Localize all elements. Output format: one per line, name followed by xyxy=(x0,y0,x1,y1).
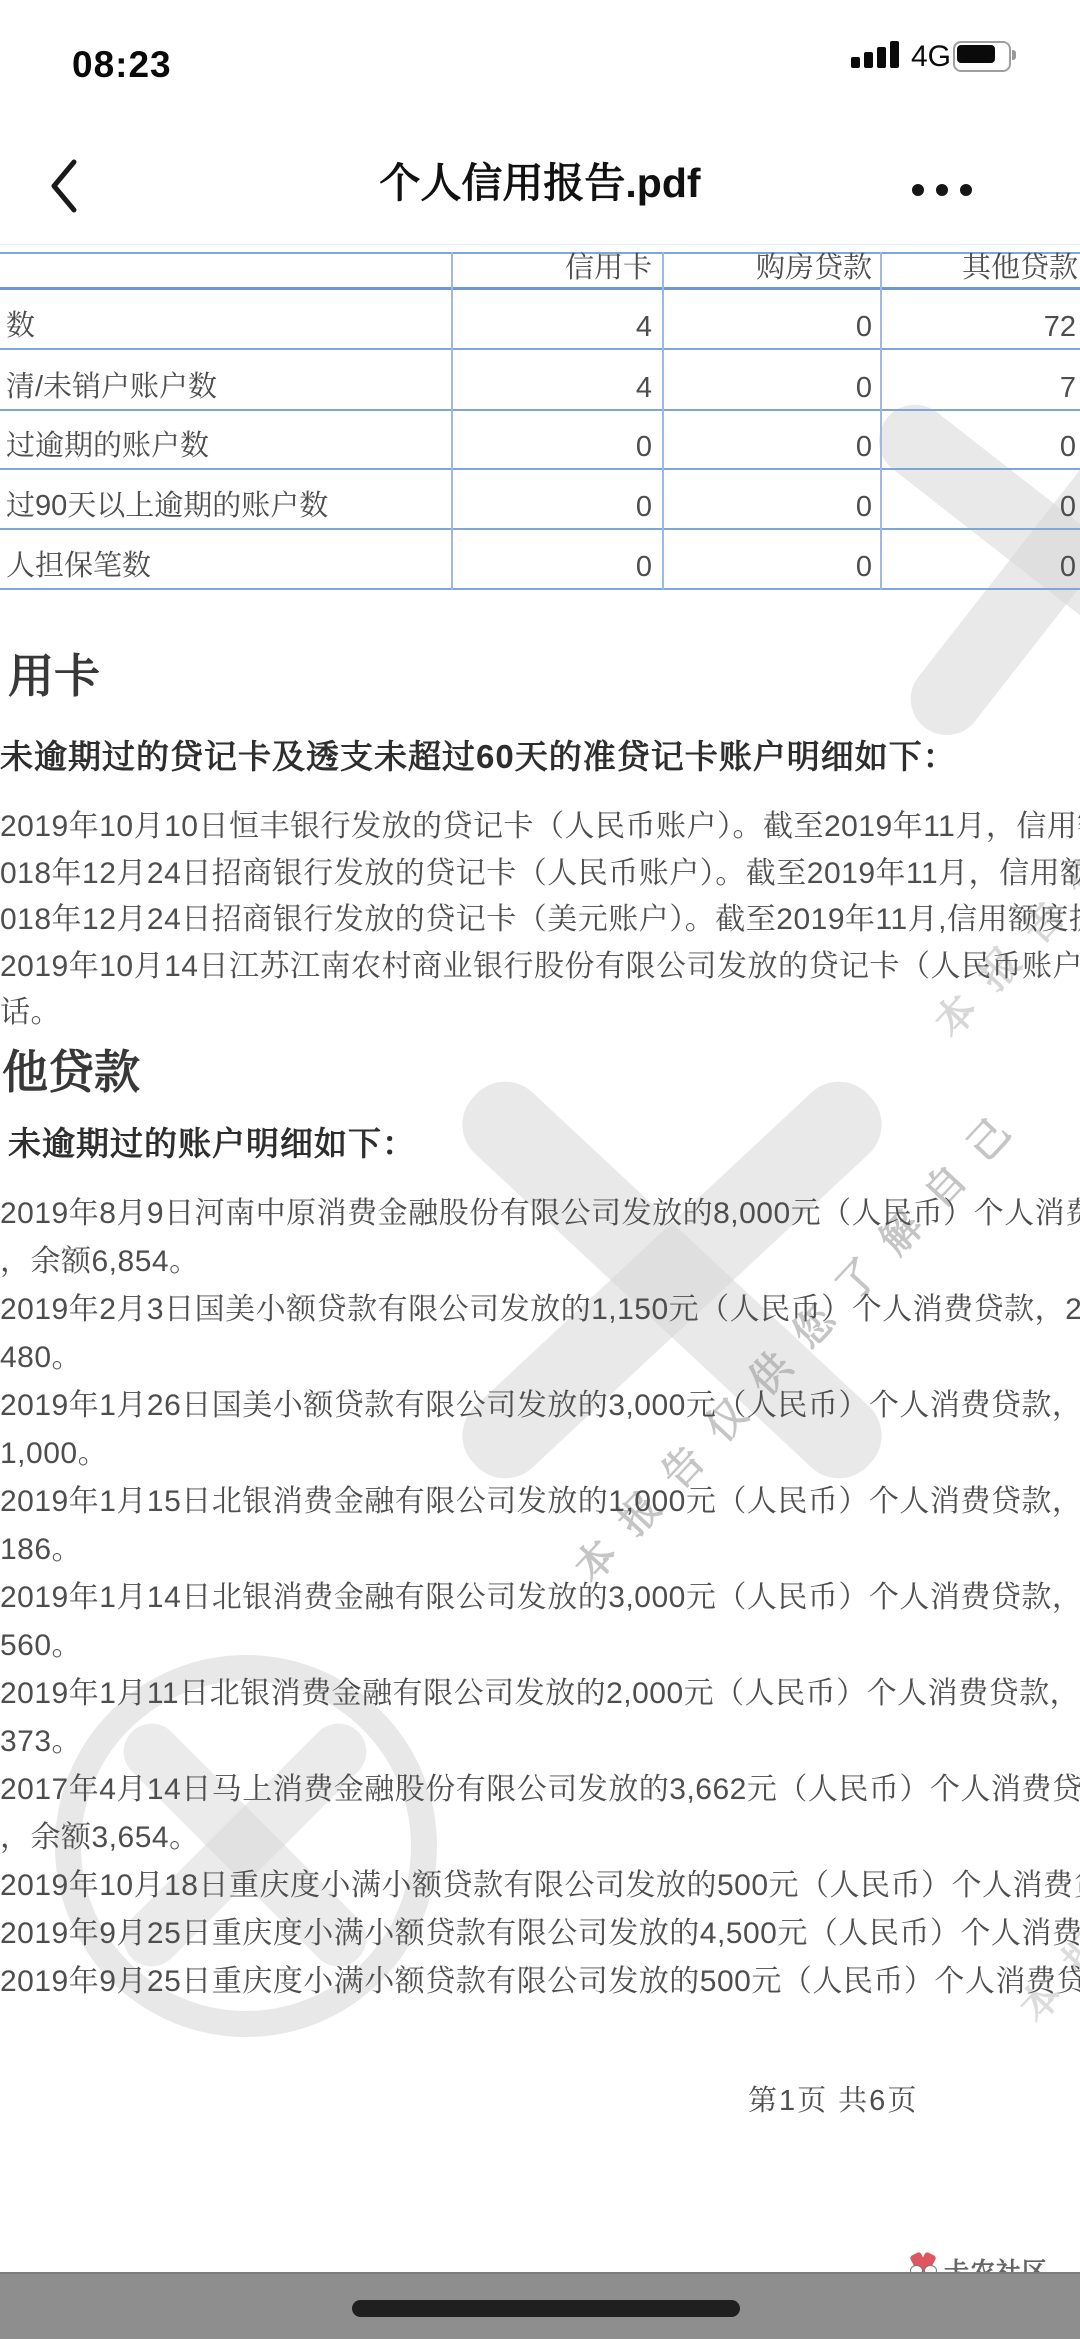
table-cell: 0 xyxy=(884,428,1076,464)
section-heading-other-loans: 他贷款 xyxy=(2,1036,140,1102)
network-type-label: 4G xyxy=(911,40,951,74)
table-cell: 0 xyxy=(455,488,652,524)
report-line: ，余额3,654。 xyxy=(0,1810,1080,1858)
report-line: 2019年10月10日恒丰银行发放的贷记卡（人民币账户）。截至2019年11月，… xyxy=(0,800,1080,847)
report-line: 2019年10月14日江苏江南农村商业银行股份有限公司发放的贷记卡（人民币账户） xyxy=(0,940,1080,987)
table-border xyxy=(0,528,1080,530)
section-intro: 未逾期过的贷记卡及透支未超过60天的准贷记卡账户明细如下： xyxy=(0,731,957,778)
report-line: 018年12月24日招商银行发放的贷记卡（人民币账户）。截至2019年11月，信… xyxy=(0,847,1080,894)
report-line: 2019年1月14日北银消费金融有限公司发放的3,000元（人民币）个人消费贷款… xyxy=(0,1570,1080,1618)
report-line: 2019年1月26日国美小额贷款有限公司发放的3,000元（人民币）个人消费贷款… xyxy=(0,1378,1080,1426)
report-line: 1,000。 xyxy=(0,1426,1080,1474)
table-cell: 0 xyxy=(666,369,872,405)
table-cell: 0 xyxy=(666,488,872,524)
table-cell: 72 xyxy=(884,308,1076,344)
table-cell: 0 xyxy=(666,428,872,464)
battery-icon xyxy=(953,41,1011,72)
table-row-label: 过逾期的账户数 xyxy=(6,428,446,464)
page-number: 第1页 共6页 xyxy=(748,2078,918,2119)
report-line: 2019年2月3日国美小额贷款有限公司发放的1,150元（人民币）个人消费贷款，… xyxy=(0,1282,1080,1330)
section-intro: 未逾期过的账户明细如下： xyxy=(8,1118,416,1165)
report-line: 话。 xyxy=(0,986,1080,1033)
report-line: 480。 xyxy=(0,1330,1080,1378)
table-cell: 0 xyxy=(884,488,1076,524)
table-column-header: 购房贷款 xyxy=(666,250,872,286)
table-row-label: 过90天以上逾期的账户数 xyxy=(6,488,466,524)
table-column-header: 信用卡 xyxy=(455,250,652,286)
section-heading-credit-card: 用卡 xyxy=(8,640,100,706)
report-line: 2019年9月25日重庆度小满小额贷款有限公司发放的500元（人民币）个人消费贷… xyxy=(0,1954,1080,2002)
table-border xyxy=(880,252,882,590)
signal-bars-icon xyxy=(851,40,903,68)
report-line: ，余额6,854。 xyxy=(0,1234,1080,1282)
table-cell: 0 xyxy=(666,548,872,584)
report-line: 560。 xyxy=(0,1618,1080,1666)
table-cell: 4 xyxy=(455,308,652,344)
table-border xyxy=(451,252,453,590)
phone-screen: 本报告仅供您了解自己 本报告仅供您了解自己 本报告仅供您了解自己 08:23 4… xyxy=(0,0,1080,2339)
table-cell: 0 xyxy=(455,548,652,584)
report-line: 2019年1月11日北银消费金融有限公司发放的2,000元（人民币）个人消费贷款… xyxy=(0,1666,1080,1714)
report-line: 2017年4月14日马上消费金融股份有限公司发放的3,662元（人民币）个人消费… xyxy=(0,1762,1080,1810)
table-border xyxy=(0,348,1080,350)
table-column-header: 其他贷款 xyxy=(884,250,1078,286)
table-row-label: 人担保笔数 xyxy=(6,548,446,584)
report-line: 2019年8月9日河南中原消费金融股份有限公司发放的8,000元（人民币）个人消… xyxy=(0,1186,1080,1234)
table-cell: 4 xyxy=(455,369,652,405)
more-menu-button[interactable] xyxy=(904,180,984,204)
table-row-label: 数 xyxy=(6,308,446,344)
ellipsis-icon xyxy=(912,184,924,196)
table-cell: 7 xyxy=(884,369,1076,405)
table-border xyxy=(0,588,1080,590)
home-indicator[interactable] xyxy=(352,2300,740,2317)
credit-card-lines: 2019年10月10日恒丰银行发放的贷记卡（人民币账户）。截至2019年11月，… xyxy=(0,800,1080,1033)
table-cell: 0 xyxy=(884,548,1076,584)
table-border xyxy=(0,287,1080,290)
table-border xyxy=(0,468,1080,470)
table-row-label: 清/未销户账户数 xyxy=(6,369,446,405)
report-line: 2019年10月18日重庆度小满小额贷款有限公司发放的500元（人民币）个人消费… xyxy=(0,1858,1080,1906)
table-cell: 0 xyxy=(666,308,872,344)
status-time: 08:23 xyxy=(72,44,172,86)
report-line: 2019年1月15日北银消费金融有限公司发放的1,000元（人民币）个人消费贷款… xyxy=(0,1474,1080,1522)
report-line: 373。 xyxy=(0,1714,1080,1762)
table-cell: 0 xyxy=(455,428,652,464)
table-border xyxy=(0,409,1080,411)
other-loans-lines: 2019年8月9日河南中原消费金融股份有限公司发放的8,000元（人民币）个人消… xyxy=(0,1186,1080,2002)
report-line: 186。 xyxy=(0,1522,1080,1570)
report-line: 018年12月24日招商银行发放的贷记卡（美元账户）。截至2019年11月,信用… xyxy=(0,893,1080,940)
nav-divider xyxy=(0,244,1080,245)
report-line: 2019年9月25日重庆度小满小额贷款有限公司发放的4,500元（人民币）个人消… xyxy=(0,1906,1080,1954)
table-border xyxy=(662,252,664,590)
